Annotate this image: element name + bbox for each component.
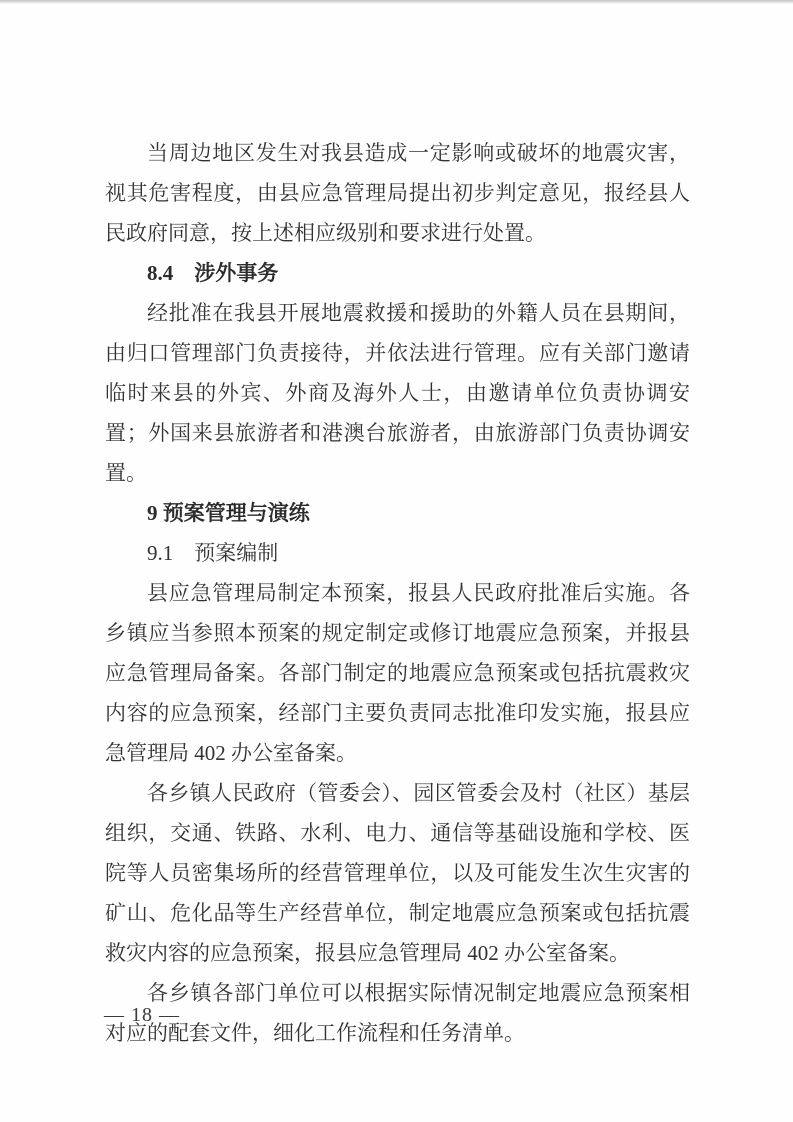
section-heading-9-1-plan-compilation: 9.1 预案编制 — [105, 533, 690, 573]
document-page: 当周边地区发生对我县造成一定影响或破坏的地震灾害，视其危害程度，由县应急管理局提… — [0, 0, 793, 1122]
paragraph-grassroots-units-plans: 各乡镇人民政府（管委会）、园区管委会及村（社区）基层组织，交通、铁路、水利、电力… — [105, 773, 690, 973]
scan-top-edge-artifact — [0, 0, 793, 4]
page-content: 当周边地区发生对我县造成一定影响或破坏的地震灾害，视其危害程度，由县应急管理局提… — [105, 133, 690, 1053]
section-heading-9-plan-management: 9 预案管理与演练 — [105, 493, 690, 533]
page-number: — 18 — — [104, 1001, 180, 1029]
paragraph-plan-compilation-county: 县应急管理局制定本预案，报县人民政府批准后实施。各乡镇应当参照本预案的规定制定或… — [105, 573, 690, 773]
paragraph-supporting-documents: 各乡镇各部门单位可以根据实际情况制定地震应急预案相对应的配套文件，细化工作流程和… — [105, 973, 690, 1053]
paragraph-neighboring-region-disposal: 当周边地区发生对我县造成一定影响或破坏的地震灾害，视其危害程度，由县应急管理局提… — [105, 133, 690, 253]
paragraph-foreign-personnel-management: 经批准在我县开展地震救援和援助的外籍人员在县期间，由归口管理部门负责接待，并依法… — [105, 293, 690, 493]
section-heading-8-4-foreign-affairs: 8.4 涉外事务 — [105, 253, 690, 293]
